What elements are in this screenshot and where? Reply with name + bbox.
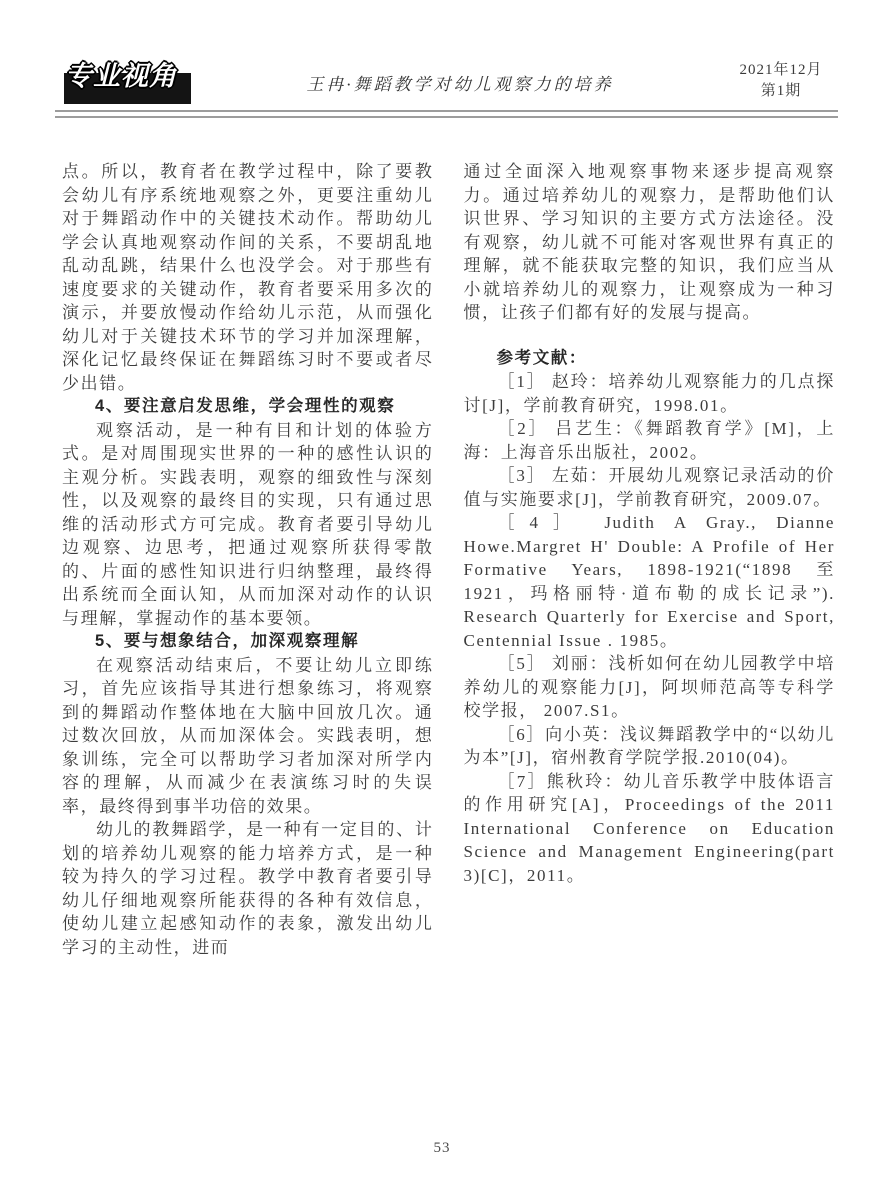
issue-info: 2021年12月 第1期: [726, 56, 836, 102]
logo-text: 专业视角: [65, 56, 177, 96]
reference-item-1: ［1］ 赵玲：培养幼儿观察能力的几点探讨[J]，学前教育研究，1998.01。: [464, 370, 836, 417]
paragraph-conclusion-start: 幼儿的教舞蹈学，是一种有一定目的、计划的培养幼儿观察的能力培养方式，是一种较为持…: [62, 818, 434, 959]
reference-item-6: ［6］向小英：浅议舞蹈教学中的“以幼儿为本”[J]，宿州教育学院学报.2010(…: [464, 723, 836, 770]
reference-item-4: ［4］ Judith A Gray., Dianne Howe.Margret …: [464, 511, 836, 652]
paragraph-section-5: 在观察活动结束后，不要让幼儿立即练习，首先应该指导其进行想象练习，将观察到的舞蹈…: [62, 654, 434, 819]
paragraph-conclusion-end: 通过全面深入地观察事物来逐步提高观察力。通过培养幼儿的观察力，是帮助他们认识世界…: [464, 160, 836, 325]
reference-item-2: ［2］ 吕艺生：《舞蹈教育学》[M]，上海：上海音乐出版社，2002。: [464, 417, 836, 464]
references-heading: 参考文献：: [464, 347, 836, 371]
section-heading-4: 4、要注意启发思维，学会理性的观察: [62, 395, 434, 419]
journal-logo: 专业视角: [62, 56, 194, 106]
paragraph-continuation: 点。所以，教育者在教学过程中，除了要教会幼儿有序系统地观察之外，更要注重幼儿对于…: [62, 160, 434, 395]
journal-page: 专业视角 王冉·舞蹈教学对幼儿观察力的培养 2021年12月 第1期 点。所以，…: [0, 0, 884, 1200]
page-number: 53: [0, 1140, 884, 1157]
paragraph-section-4: 观察活动，是一种有目和计划的体验方式。是对周围现实世界的一种的感性认识的主观分析…: [62, 419, 434, 631]
issue-number: 第1期: [726, 81, 836, 102]
left-column: 点。所以，教育者在教学过程中，除了要教会幼儿有序系统地观察之外，更要注重幼儿对于…: [62, 160, 434, 959]
header-divider: [55, 110, 838, 118]
issue-date: 2021年12月: [726, 60, 836, 81]
reference-item-3: ［3］ 左茹：开展幼儿观察记录活动的价值与实施要求[J]，学前教育研究，2009…: [464, 464, 836, 511]
reference-item-5: ［5］ 刘丽：浅析如何在幼儿园教学中培养幼儿的观察能力[J]，阿坝师范高等专科学…: [464, 652, 836, 723]
page-header: 专业视角 王冉·舞蹈教学对幼儿观察力的培养 2021年12月 第1期: [62, 56, 836, 108]
right-column: 通过全面深入地观察事物来逐步提高观察力。通过培养幼儿的观察力，是帮助他们认识世界…: [464, 160, 836, 959]
running-title: 王冉·舞蹈教学对幼儿观察力的培养: [194, 56, 726, 95]
section-heading-5: 5、要与想象结合，加深观察理解: [62, 630, 434, 654]
reference-item-7: ［7］熊秋玲：幼儿音乐教学中肢体语言的作用研究[A]，Proceedings o…: [464, 770, 836, 888]
article-body: 点。所以，教育者在教学过程中，除了要教会幼儿有序系统地观察之外，更要注重幼儿对于…: [62, 160, 835, 959]
